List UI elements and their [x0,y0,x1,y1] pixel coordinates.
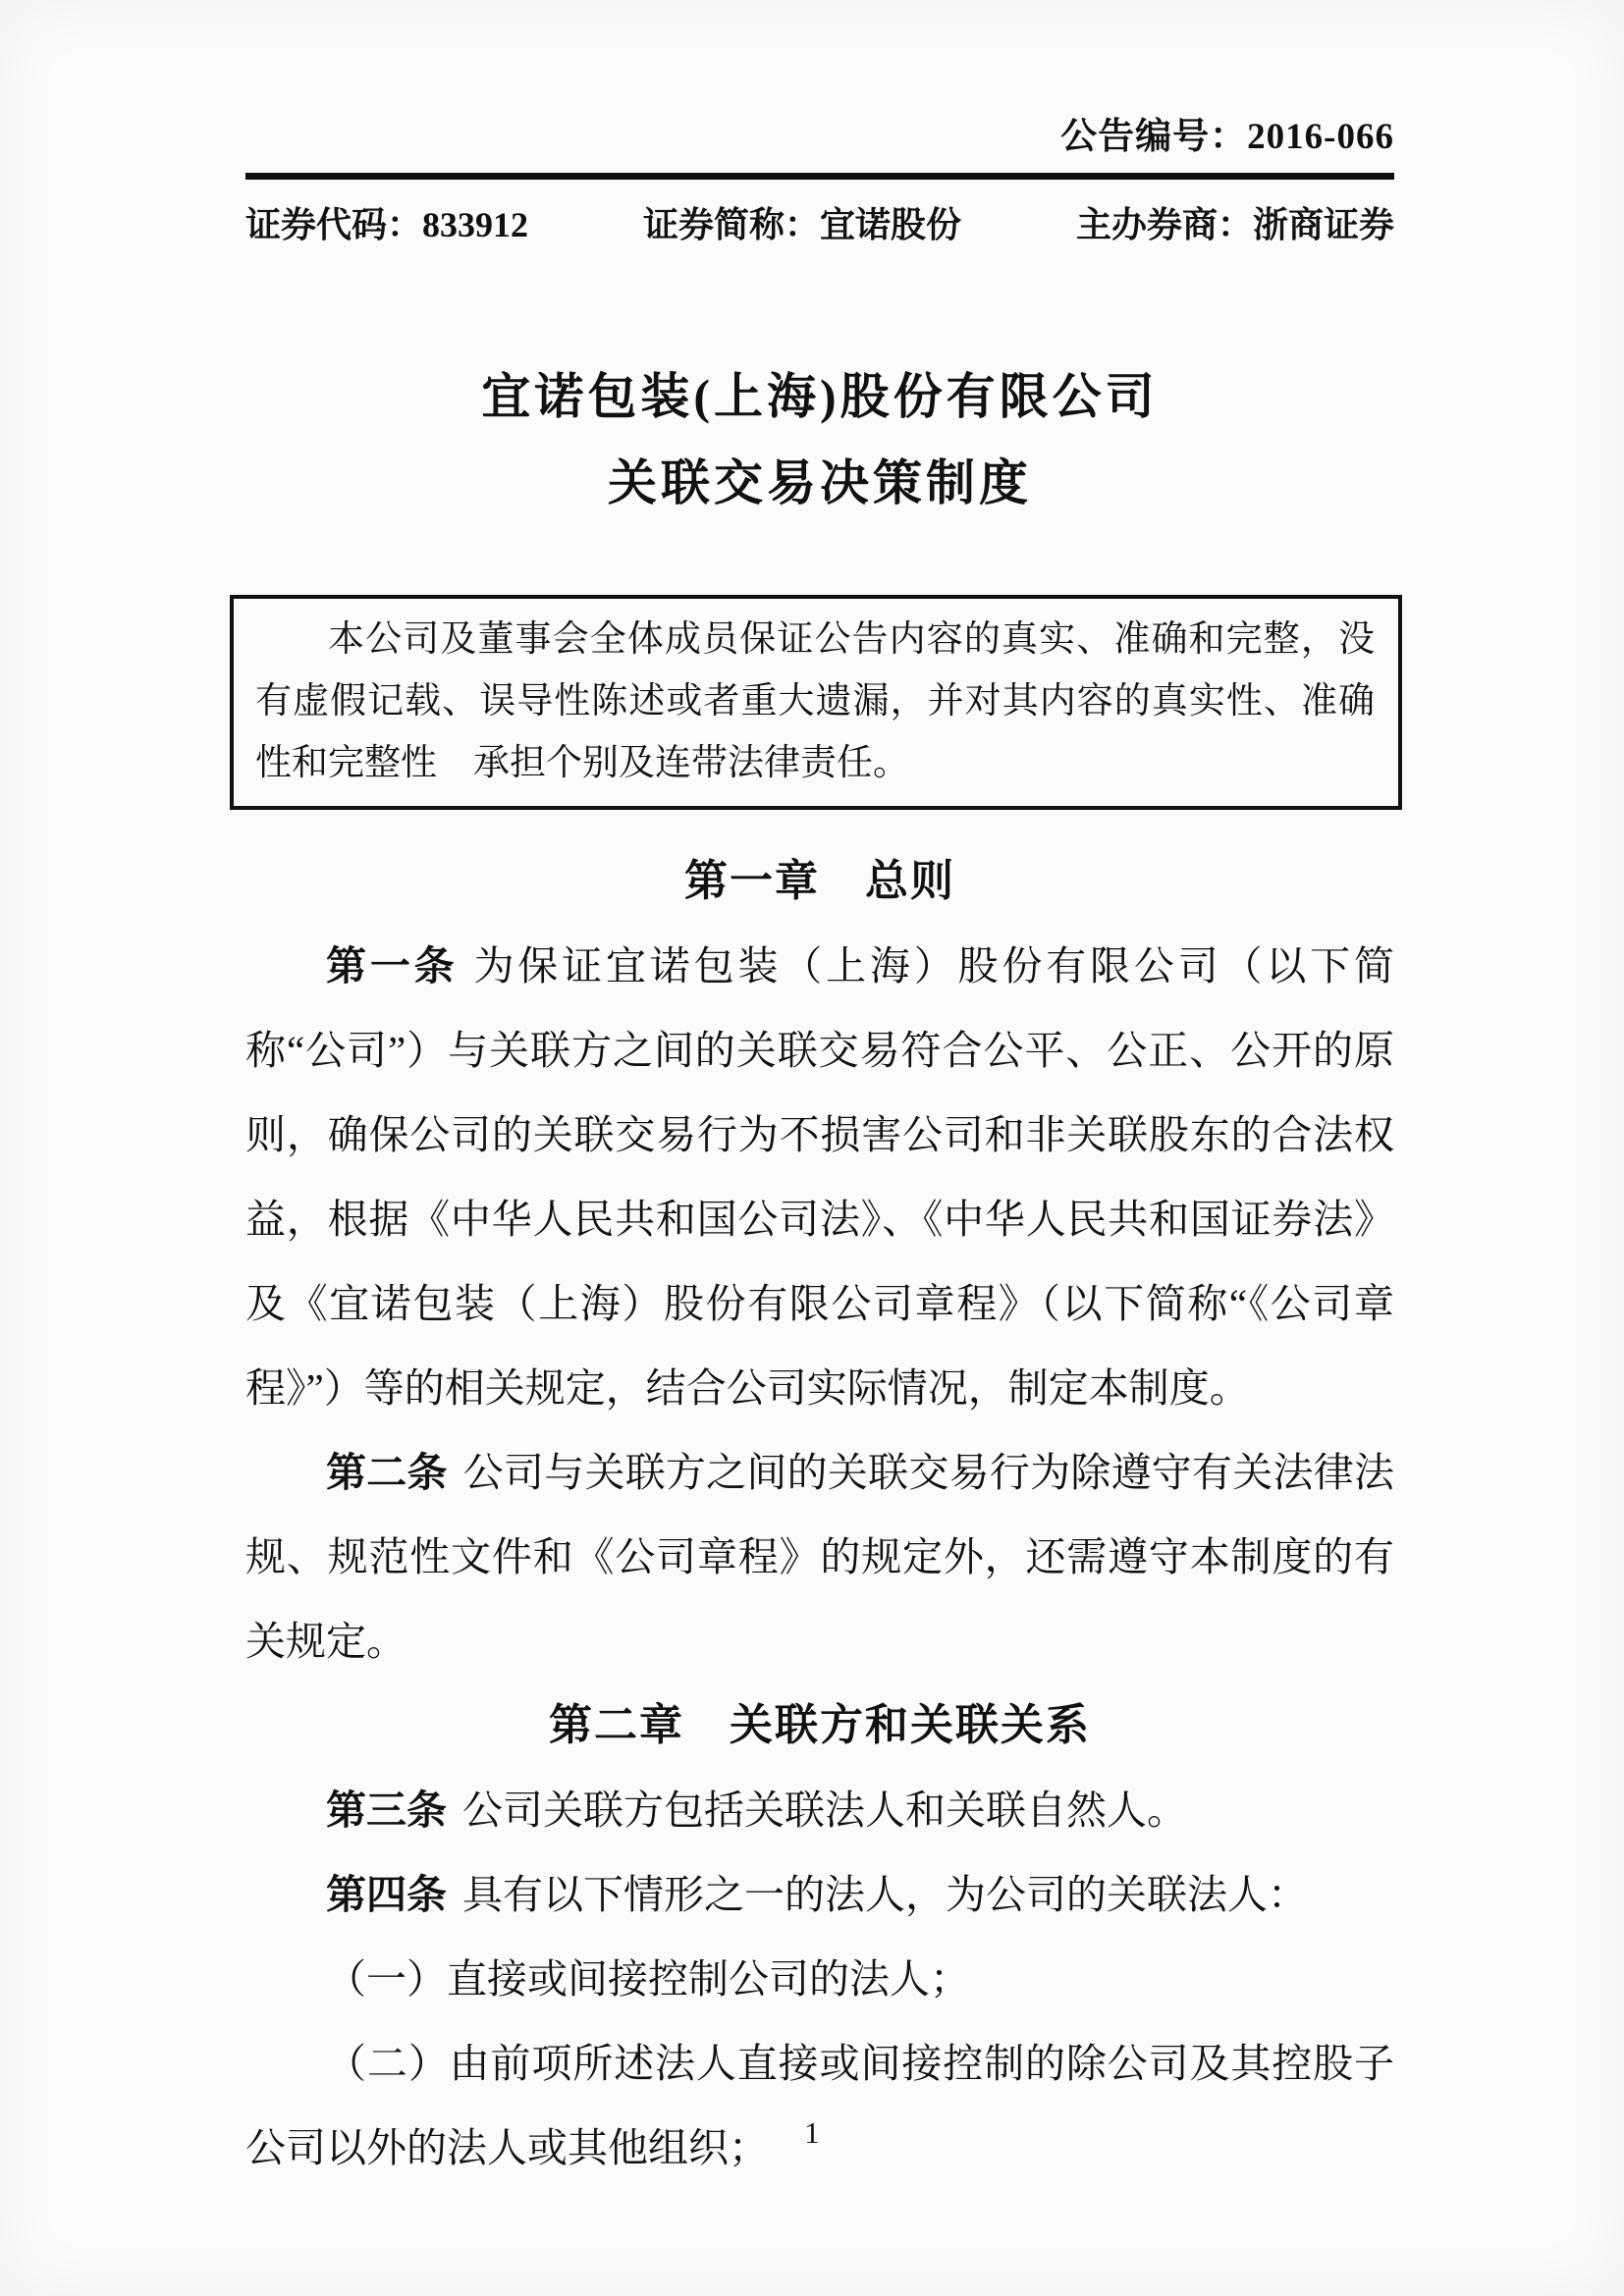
document-title-line2: 关联交易决策制度 [245,440,1394,526]
page-number: 1 [0,2113,1624,2153]
chapter-1-heading: 第一章 总则 [245,839,1394,924]
article-3: 第三条公司关联方包括关联法人和关联自然人。 [245,1768,1394,1852]
document-title: 宜诺包装(上海)股份有限公司 关联交易决策制度 [245,353,1394,526]
stock-code: 证券代码：833912 [245,203,528,247]
chapter-2-heading: 第二章 关联方和关联关系 [245,1683,1394,1768]
securities-header: 证券代码：833912 证券简称：宜诺股份 主办券商：浙商证券 [245,203,1394,247]
article-3-text: 公司关联方包括关联法人和关联自然人。 [462,1788,1187,1833]
disclaimer-text: 本公司及董事会全体成员保证公告内容的真实、准确和完整，没有虚假记载、误导性陈述或… [255,609,1375,794]
article-2-label: 第二条 [326,1450,448,1495]
stock-short-name: 证券简称：宜诺股份 [643,203,961,247]
header-divider [245,173,1394,180]
disclaimer-box: 本公司及董事会全体成员保证公告内容的真实、准确和完整，没有虚假记载、误导性陈述或… [230,595,1402,810]
sponsor: 主办券商：浙商证券 [1076,203,1394,247]
article-3-label: 第三条 [326,1788,447,1833]
announcement-number: 公告编号：2016-066 [245,116,1394,159]
article-4-item-2: （二）由前项所述法人直接或间接控制的除公司及其控股子公司以外的法人或其他组织； [245,2021,1394,2190]
article-4: 第四条具有以下情形之一的法人，为公司的关联法人： [245,1852,1394,1937]
article-4-item-1: （一）直接或间接控制公司的法人； [245,1937,1394,2021]
article-4-label: 第四条 [326,1872,447,1917]
article-2: 第二条公司与关联方之间的关联交易行为除遵守有关法律法规、规范性文件和《公司章程》… [245,1430,1394,1683]
document-title-line1: 宜诺包装(上海)股份有限公司 [245,353,1394,440]
document-page: 公告编号：2016-066 证券代码：833912 证券简称：宜诺股份 主办券商… [0,0,1624,2296]
article-1-label: 第一条 [326,943,458,988]
article-4-text: 具有以下情形之一的法人，为公司的关联法人： [462,1872,1308,1917]
document-body: 第一章 总则 第一条为保证宜诺包装（上海）股份有限公司（以下简称“公司”）与关联… [245,839,1394,2190]
article-1: 第一条为保证宜诺包装（上海）股份有限公司（以下简称“公司”）与关联方之间的关联交… [245,924,1394,1430]
article-1-text: 为保证宜诺包装（上海）股份有限公司（以下简称“公司”）与关联方之间的关联交易符合… [245,943,1394,1411]
